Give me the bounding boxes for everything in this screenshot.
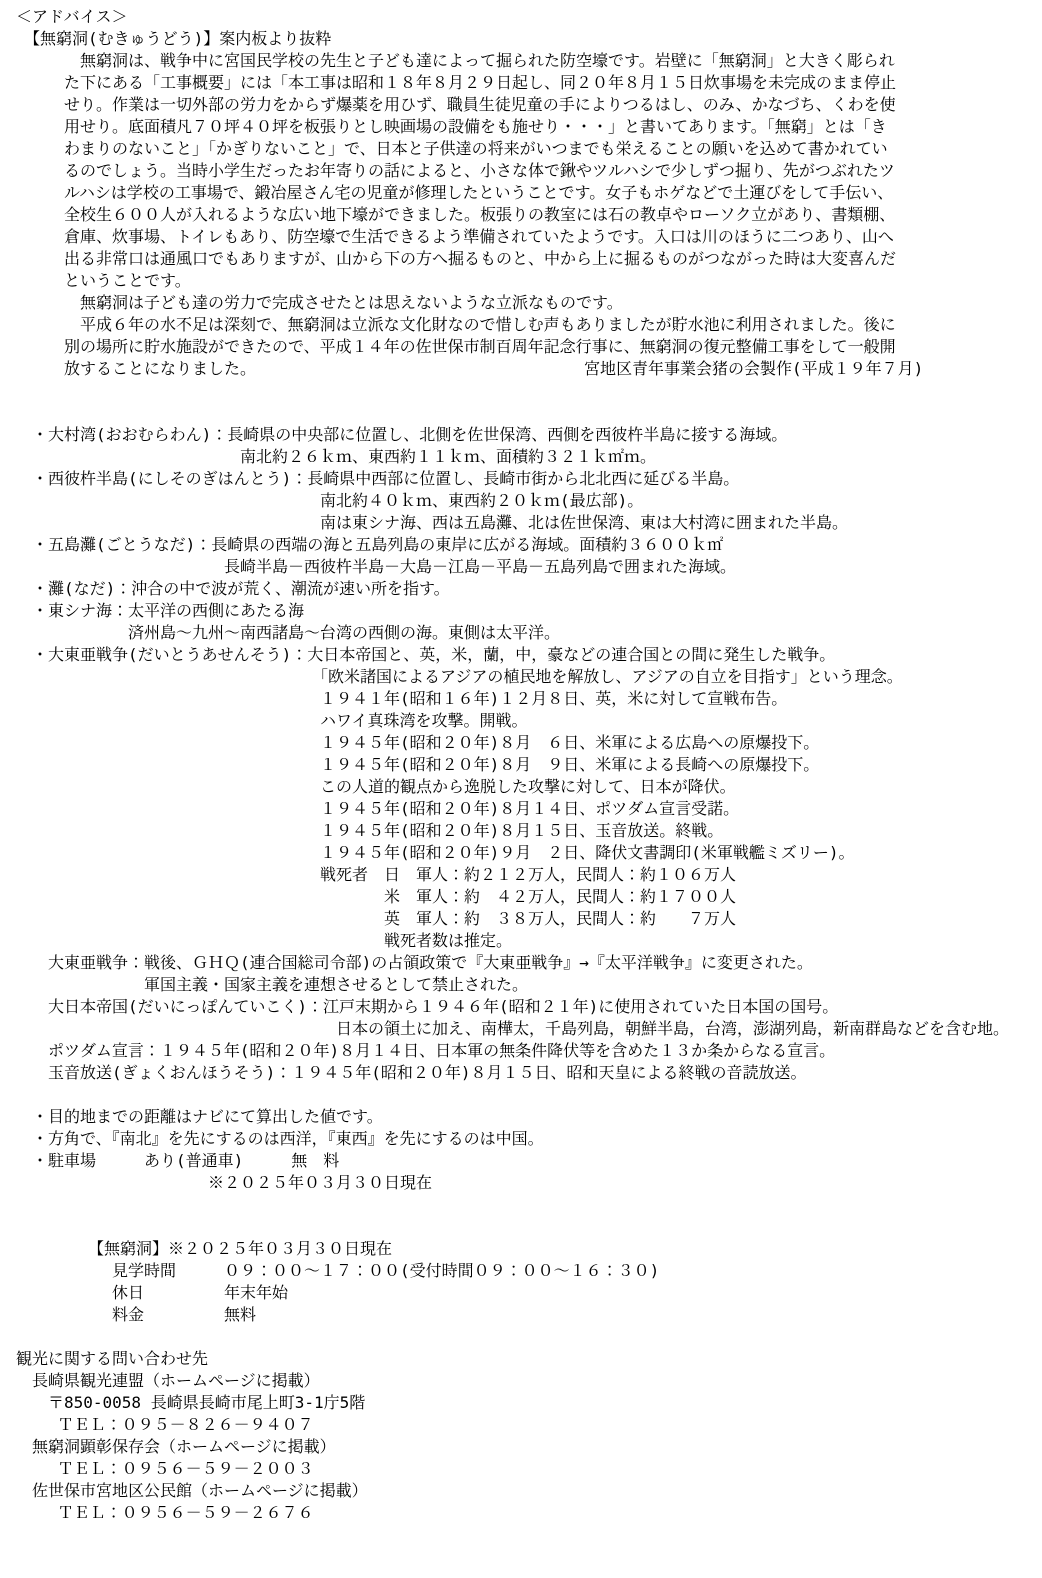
text-line: 軍国主義・国家主義を連想させるとして禁止された。 [16,974,1042,996]
text-line: 無窮洞顕彰保存会（ホームページに掲載） [16,1436,1042,1458]
text-line: 全校生６００人が入れるような広い地下壕ができました。板張りの教室には石の教卓やロ… [16,204,1042,226]
text-line: 済州島～九州～南西諸島～台湾の西側の海。東側は太平洋。 [16,622,1042,644]
text-line: ルハシは学校の工事場で、鍛冶屋さん宅の児童が修理したということです。女子もホゲな… [16,182,1042,204]
section-advice-excerpt: ＜アドバイス＞ 【無窮洞(むきゅうどう)】案内板より抜粋 無窮洞は、戦争中に宮国… [16,6,1042,380]
text-line: 「欧米諸国によるアジアの植民地を解放し、アジアの自立を目指す」という理念。 [16,666,1042,688]
blank-line [16,1084,1042,1106]
text-line: ・灘(なだ)：沖合の中で波が荒く、潮流が速い所を指す。 [16,578,1042,600]
text-line: ・西彼杵半島(にしそのぎはんとう)：長崎県中西部に位置し、長崎市街から北北西に延… [16,468,1042,490]
text-line: 大日本帝国(だいにっぽんていこく)：江戸末期から１９４６年(昭和２１年)に使用さ… [16,996,1042,1018]
text-line: 料金 無料 [16,1304,1042,1326]
section-glossary: ・大村湾(おおむらわん)：長崎県の中央部に位置し、北側を佐世保湾、西側を西彼杵半… [16,424,1042,1084]
text-line: １９４５年(昭和２０年)８月１４日、ポツダム宣言受諾。 [16,798,1042,820]
text-line: 大東亜戦争：戦後、ＧＨＱ(連合国総司令部)の占領政策で『大東亜戦争』→『太平洋戦… [16,952,1042,974]
text-line: ＴＥＬ：０９５６－５９－２６７６ [16,1502,1042,1524]
text-line: わまりのないこと」「かぎりないこと」で、日本と子供達の将来がいつまでも栄えること… [16,138,1042,160]
text-line: 南は東シナ海、西は五島灘、北は佐世保湾、東は大村湾に囲まれた半島。 [16,512,1042,534]
text-line: 戦死者数は推定。 [16,930,1042,952]
text-line: ・駐車場 あり(普通車) 無 料 [16,1150,1042,1172]
section-contact: 観光に関する問い合わせ先 長崎県観光連盟（ホームページに掲載） 〒850-005… [16,1348,1042,1524]
text-line: ・五島灘(ごとうなだ)：長崎県の西端の海と五島列島の東岸に広がる海域。面積約３６… [16,534,1042,556]
text-line: ※２０２５年０３月３０日現在 [16,1172,1042,1194]
blank-line [16,380,1042,402]
text-line: ・方角で、『南北』を先にするのは西洋，『東西』を先にするのは中国。 [16,1128,1042,1150]
text-line: １９４５年(昭和２０年)８月 ９日、米軍による長崎への原爆投下。 [16,754,1042,776]
text-line: １９４５年(昭和２０年)８月 ６日、米軍による広島への原爆投下。 [16,732,1042,754]
text-line: １９４５年(昭和２０年)８月１５日、玉音放送。終戦。 [16,820,1042,842]
text-line: 日本の領土に加え、南樺太，千島列島，朝鮮半島，台湾，澎湖列島，新南群島などを含む… [16,1018,1042,1040]
text-line: 出る非常口は通風口でもありますが、山から下の方へ掘るものと、中から上に掘るものが… [16,248,1042,270]
text-line: 南北約２６ｋｍ、東西約１１ｋｍ、面積約３２１ｋ㎡ｍ。 [16,446,1042,468]
text-line: 用せり。底面積凡７０坪４０坪を板張りとし映画場の設備をも施せり・・・」と書いてあ… [16,116,1042,138]
text-line: １９４５年(昭和２０年)９月 ２日、降伏文書調印(米軍戦艦ミズリー)。 [16,842,1042,864]
text-line: ・大東亜戦争(だいとうあせんそう)：大日本帝国と、英，米，蘭，中，豪などの連合国… [16,644,1042,666]
text-line: 玉音放送(ぎょくおんほうそう)：１９４５年(昭和２０年)８月１５日、昭和天皇によ… [16,1062,1042,1084]
text-line: ・大村湾(おおむらわん)：長崎県の中央部に位置し、北側を佐世保湾、西側を西彼杵半… [16,424,1042,446]
text-line: この人道的観点から逸脱した攻撃に対して、日本が降伏。 [16,776,1042,798]
document-body: ＜アドバイス＞ 【無窮洞(むきゅうどう)】案内板より抜粋 無窮洞は、戦争中に宮国… [0,0,1042,1524]
text-line: ＴＥＬ：０９５－８２６－９４０７ [16,1414,1042,1436]
text-line: 無窮洞は、戦争中に宮国民学校の先生と子ども達によって掘られた防空壕です。岩壁に「… [16,50,1042,72]
text-line: ＜アドバイス＞ [16,6,1042,28]
text-line: 英 軍人：約 ３８万人，民間人：約 ７万人 [16,908,1042,930]
text-line: 戦死者 日 軍人：約２１２万人，民間人：約１０６万人 [16,864,1042,886]
text-line: ・東シナ海：太平洋の西側にあたる海 [16,600,1042,622]
text-line: せり。作業は一切外部の労力をからず爆薬を用ひず、職員生徒児童の手によりつるはし、… [16,94,1042,116]
text-line: 【無窮洞】※２０２５年０３月３０日現在 [16,1238,1042,1260]
section-visit-info: 【無窮洞】※２０２５年０３月３０日現在 見学時間 ０９：００～１７：００(受付時… [16,1238,1042,1326]
text-line: ハワイ真珠湾を攻撃。開戦。 [16,710,1042,732]
text-line: 休日 年末年始 [16,1282,1042,1304]
blank-line [16,1194,1042,1216]
text-line: 米 軍人：約 ４２万人，民間人：約１７００人 [16,886,1042,908]
text-line: 南北約４０ｋｍ、東西約２０ｋｍ(最広部)。 [16,490,1042,512]
blank-line [16,1216,1042,1238]
text-line: るのでしょう。当時小学生だったお年寄りの話によると、小さな体で鍬やツルハシで少し… [16,160,1042,182]
text-line: ということです。 [16,270,1042,292]
text-line: た下にある「工事概要」には「本工事は昭和１８年８月２９日起し、同２０年８月１５日… [16,72,1042,94]
text-line: 佐世保市宮地区公民館（ホームページに掲載） [16,1480,1042,1502]
text-line: 無窮洞は子ども達の労力で完成させたとは思えないような立派なものです。 [16,292,1042,314]
text-line: １９４１年(昭和１６年)１２月８日、英，米に対して宣戦布告。 [16,688,1042,710]
text-line: 〒850-0058 長崎県長崎市尾上町3-1庁5階 [16,1392,1042,1414]
text-line: 長崎半島－西彼杵半島－大島－江島－平島－五島列島で囲まれた海域。 [16,556,1042,578]
text-line: 平成６年の水不足は深刻で、無窮洞は立派な文化財なので惜しむ声もありましたが貯水池… [16,314,1042,336]
blank-line [16,402,1042,424]
blank-line [16,1326,1042,1348]
text-line: 長崎県観光連盟（ホームページに掲載） [16,1370,1042,1392]
text-line: 倉庫、炊事場、トイレもあり、防空壕で生活できるよう準備されていたようです。入口は… [16,226,1042,248]
text-line: 放することになりました。 宮地区青年事業会猪の会製作(平成１９年７月) [16,358,1042,380]
text-line: ＴＥＬ：０９５６－５９－２００３ [16,1458,1042,1480]
text-line: 【無窮洞(むきゅうどう)】案内板より抜粋 [16,28,1042,50]
section-notes: ・目的地までの距離はナビにて算出した値です。 ・方角で、『南北』を先にするのは西… [16,1106,1042,1194]
text-line: 見学時間 ０９：００～１７：００(受付時間０９：００～１６：３０) [16,1260,1042,1282]
text-line: 観光に関する問い合わせ先 [16,1348,1042,1370]
text-line: ・目的地までの距離はナビにて算出した値です。 [16,1106,1042,1128]
text-line: 別の場所に貯水施設ができたので、平成１４年の佐世保市制百周年記念行事に、無窮洞の… [16,336,1042,358]
text-line: ポツダム宣言：１９４５年(昭和２０年)８月１４日、日本軍の無条件降伏等を含めた１… [16,1040,1042,1062]
